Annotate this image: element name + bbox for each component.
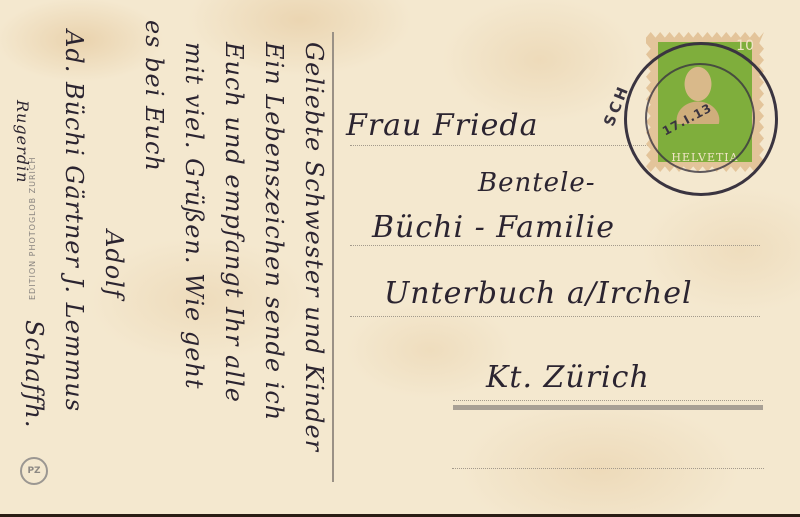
address-recipient: Frau Frieda [346, 108, 539, 143]
address-underline-bar [453, 405, 763, 410]
address-line [350, 245, 760, 246]
message-sender-address: Ad. Büchi Gärtner J. Lemmus [60, 30, 88, 412]
message-line: es bei Euch [140, 20, 168, 172]
address-line [350, 316, 760, 317]
message-line: Euch und empfangt Ihr alle [220, 42, 248, 403]
message-sender-city: Schaffh. [20, 320, 48, 429]
message-line: mit viel. Grüßen. Wie geht [180, 42, 208, 390]
address-line [350, 145, 650, 146]
message-line: Ein Lebenszeichen sende ich [260, 42, 288, 421]
center-divider-line [332, 32, 334, 482]
publisher-logo: PZ [20, 457, 48, 485]
address-surname: Bentele- [478, 168, 596, 198]
message-line: Geliebte Schwester und Kinder [300, 42, 328, 452]
address-line [452, 468, 764, 469]
address-line [453, 400, 763, 401]
address-canton: Kt. Zürich [486, 360, 650, 395]
publisher-imprint: EDITION PHOTOGLOB ZURICH [28, 156, 37, 300]
address-town: Unterbuch a/Irchel [384, 276, 693, 311]
message-signature: Adolf [100, 230, 128, 299]
address-family: Büchi - Familie [372, 210, 615, 245]
postcard: Frau Frieda Bentele- Büchi - Familie Unt… [0, 0, 800, 517]
